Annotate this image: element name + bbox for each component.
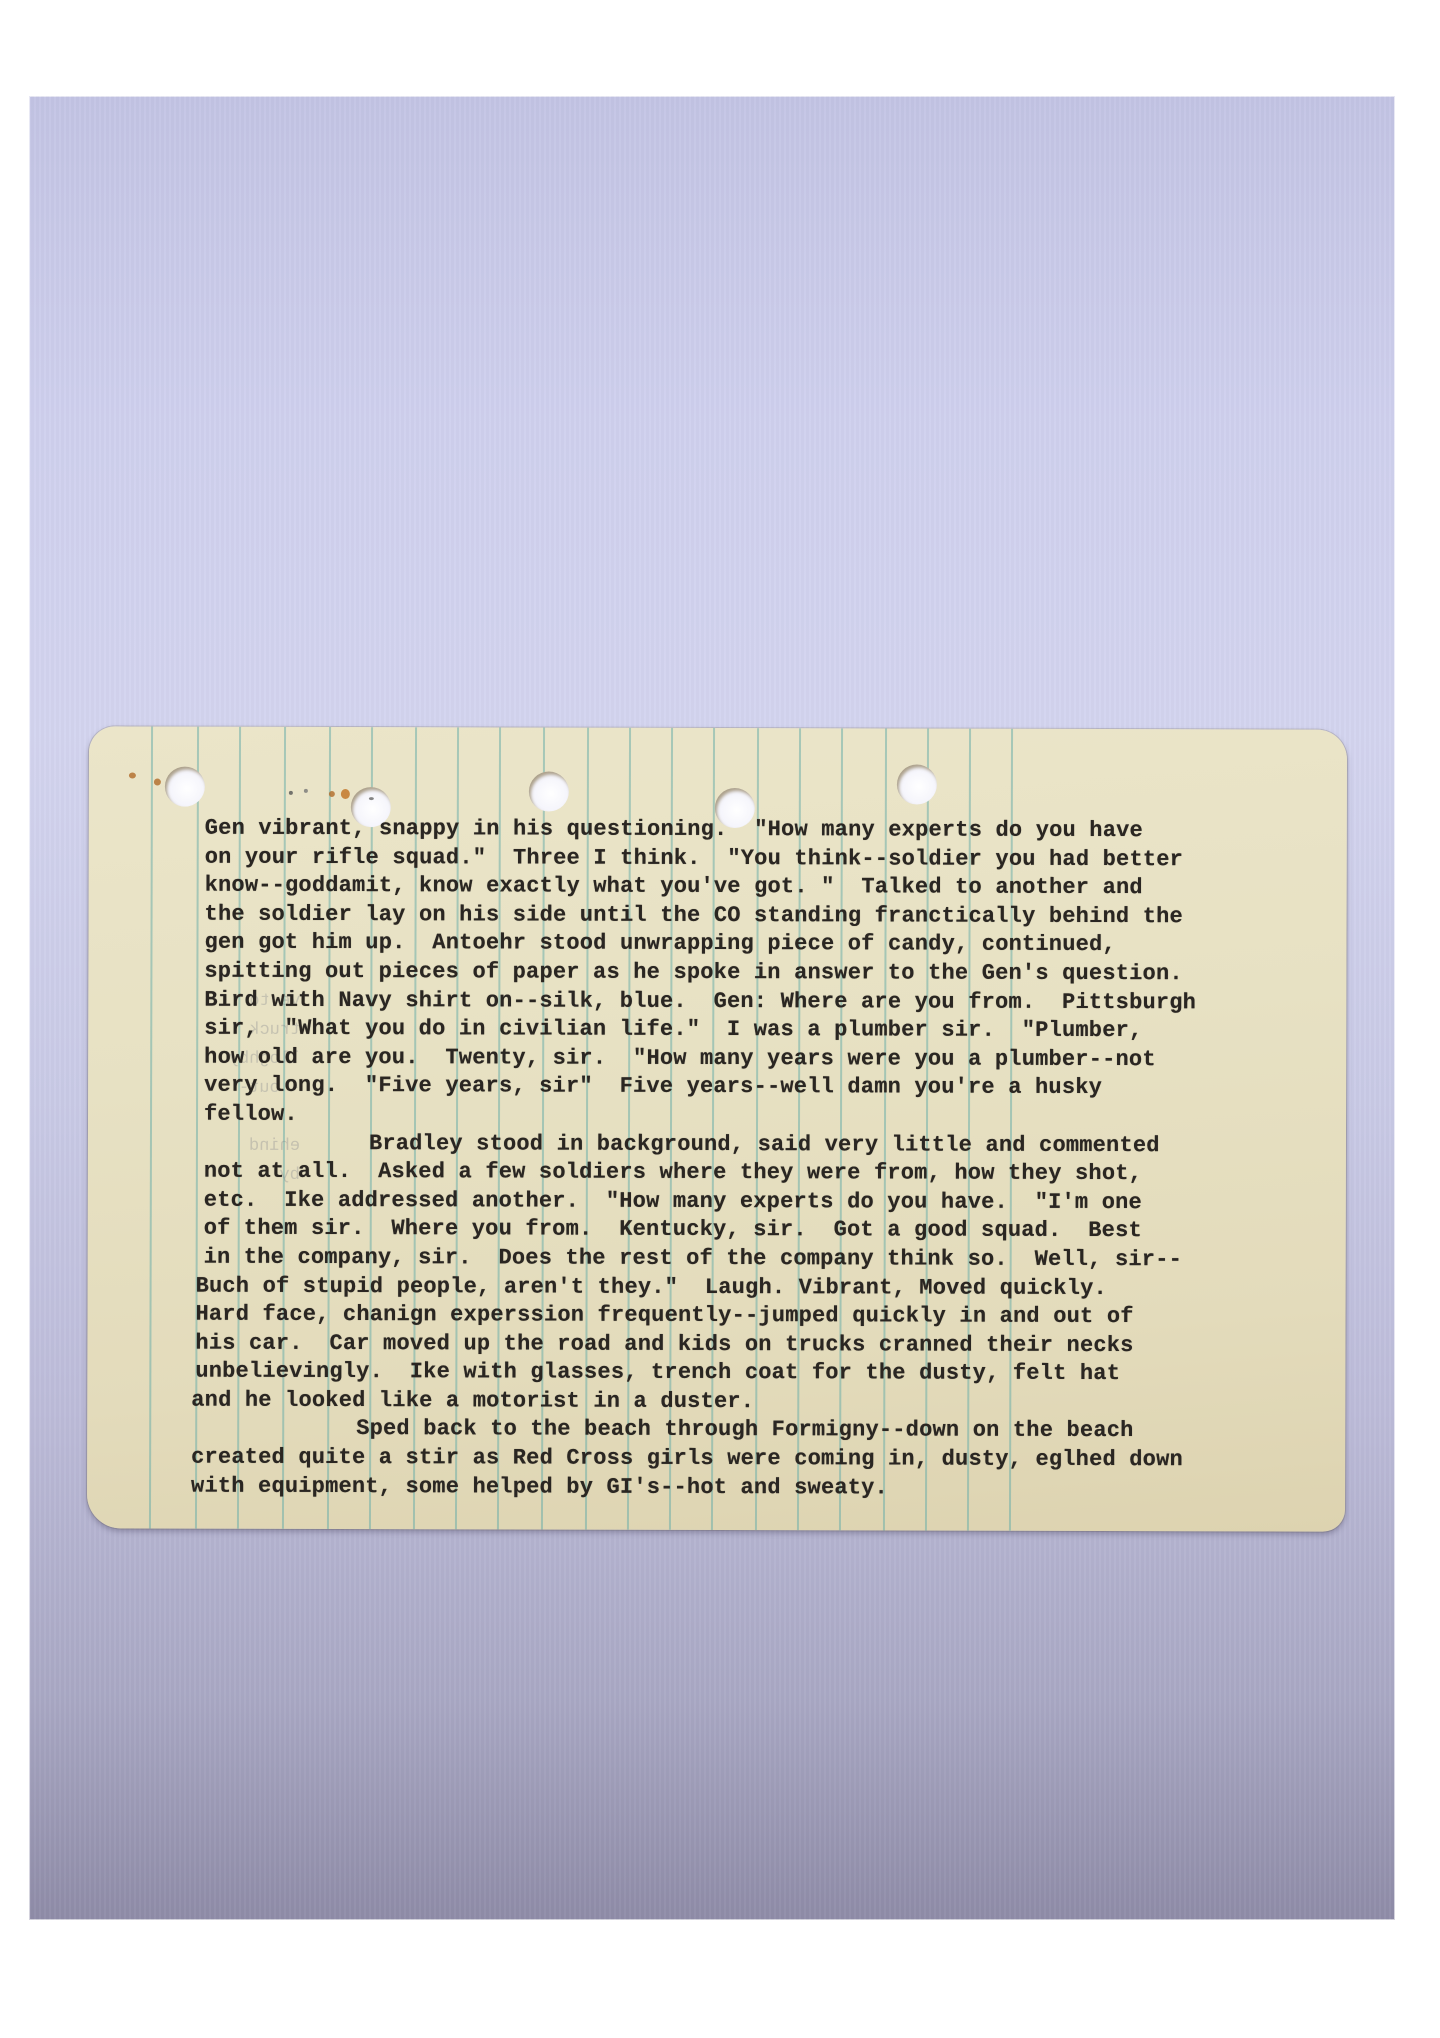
text-line: Buch of stupid people, aren't they." Lau… bbox=[196, 1272, 1344, 1304]
text-line: sir, "What you do in civilian life." I w… bbox=[204, 1015, 1344, 1047]
text-line: Sped back to the beach through Formigny-… bbox=[191, 1415, 1343, 1447]
punch-hole-3 bbox=[529, 772, 569, 812]
rust-spot bbox=[154, 779, 161, 786]
text-line: Bird with Navy shirt on--silk, blue. Gen… bbox=[204, 986, 1344, 1018]
index-card: ve to truck lloghby - out- ehind by Gen … bbox=[87, 726, 1347, 1531]
text-line: not at all. Asked a few soldiers where t… bbox=[204, 1158, 1344, 1190]
text-line: how old are you. Twenty, sir. "How many … bbox=[204, 1043, 1344, 1075]
text-line: Bradley stood in background, said very l… bbox=[204, 1129, 1344, 1161]
text-line: spitting out pieces of paper as he spoke… bbox=[204, 958, 1344, 990]
text-line: of them sir. Where you from. Kentucky, s… bbox=[204, 1215, 1344, 1247]
typewritten-text: Gen vibrant, snappy in his questioning. … bbox=[203, 815, 1345, 1504]
text-line: Hard face, chanign experssion frequently… bbox=[195, 1301, 1343, 1333]
text-line: fellow. bbox=[204, 1101, 1344, 1133]
text-line: know--goddamit, know exactly what you've… bbox=[205, 872, 1345, 904]
rule-line bbox=[149, 727, 153, 1529]
text-line: the soldier lay on his side until the CO… bbox=[205, 900, 1345, 932]
punch-hole-5 bbox=[897, 764, 937, 804]
text-line: on your rifle squad." Three I think. "Yo… bbox=[205, 843, 1345, 875]
text-line: unbelievingly. Ike with glasses, trench … bbox=[195, 1358, 1343, 1390]
punch-hole-1 bbox=[165, 767, 205, 807]
text-line: and he looked like a motorist in a duste… bbox=[191, 1386, 1343, 1418]
ink-dot bbox=[304, 789, 308, 793]
text-line: Gen vibrant, snappy in his questioning. … bbox=[205, 815, 1345, 847]
text-line: with equipment, some helped by GI's--hot… bbox=[191, 1472, 1343, 1504]
ink-dot bbox=[289, 791, 293, 795]
text-line: very long. "Five years, sir" Five years-… bbox=[204, 1072, 1344, 1104]
rust-spot bbox=[129, 772, 136, 778]
text-line: his car. Car moved up the road and kids … bbox=[195, 1329, 1343, 1361]
rust-spot bbox=[341, 789, 350, 799]
text-line: etc. Ike addressed another. "How many ex… bbox=[204, 1186, 1344, 1218]
text-line: created quite a stir as Red Cross girls … bbox=[191, 1444, 1343, 1476]
text-line: gen got him up. Antoehr stood unwrapping… bbox=[204, 929, 1344, 961]
rust-spot bbox=[329, 791, 335, 797]
text-line: in the company, sir. Does the rest of th… bbox=[204, 1244, 1344, 1276]
ink-dot bbox=[369, 797, 374, 800]
